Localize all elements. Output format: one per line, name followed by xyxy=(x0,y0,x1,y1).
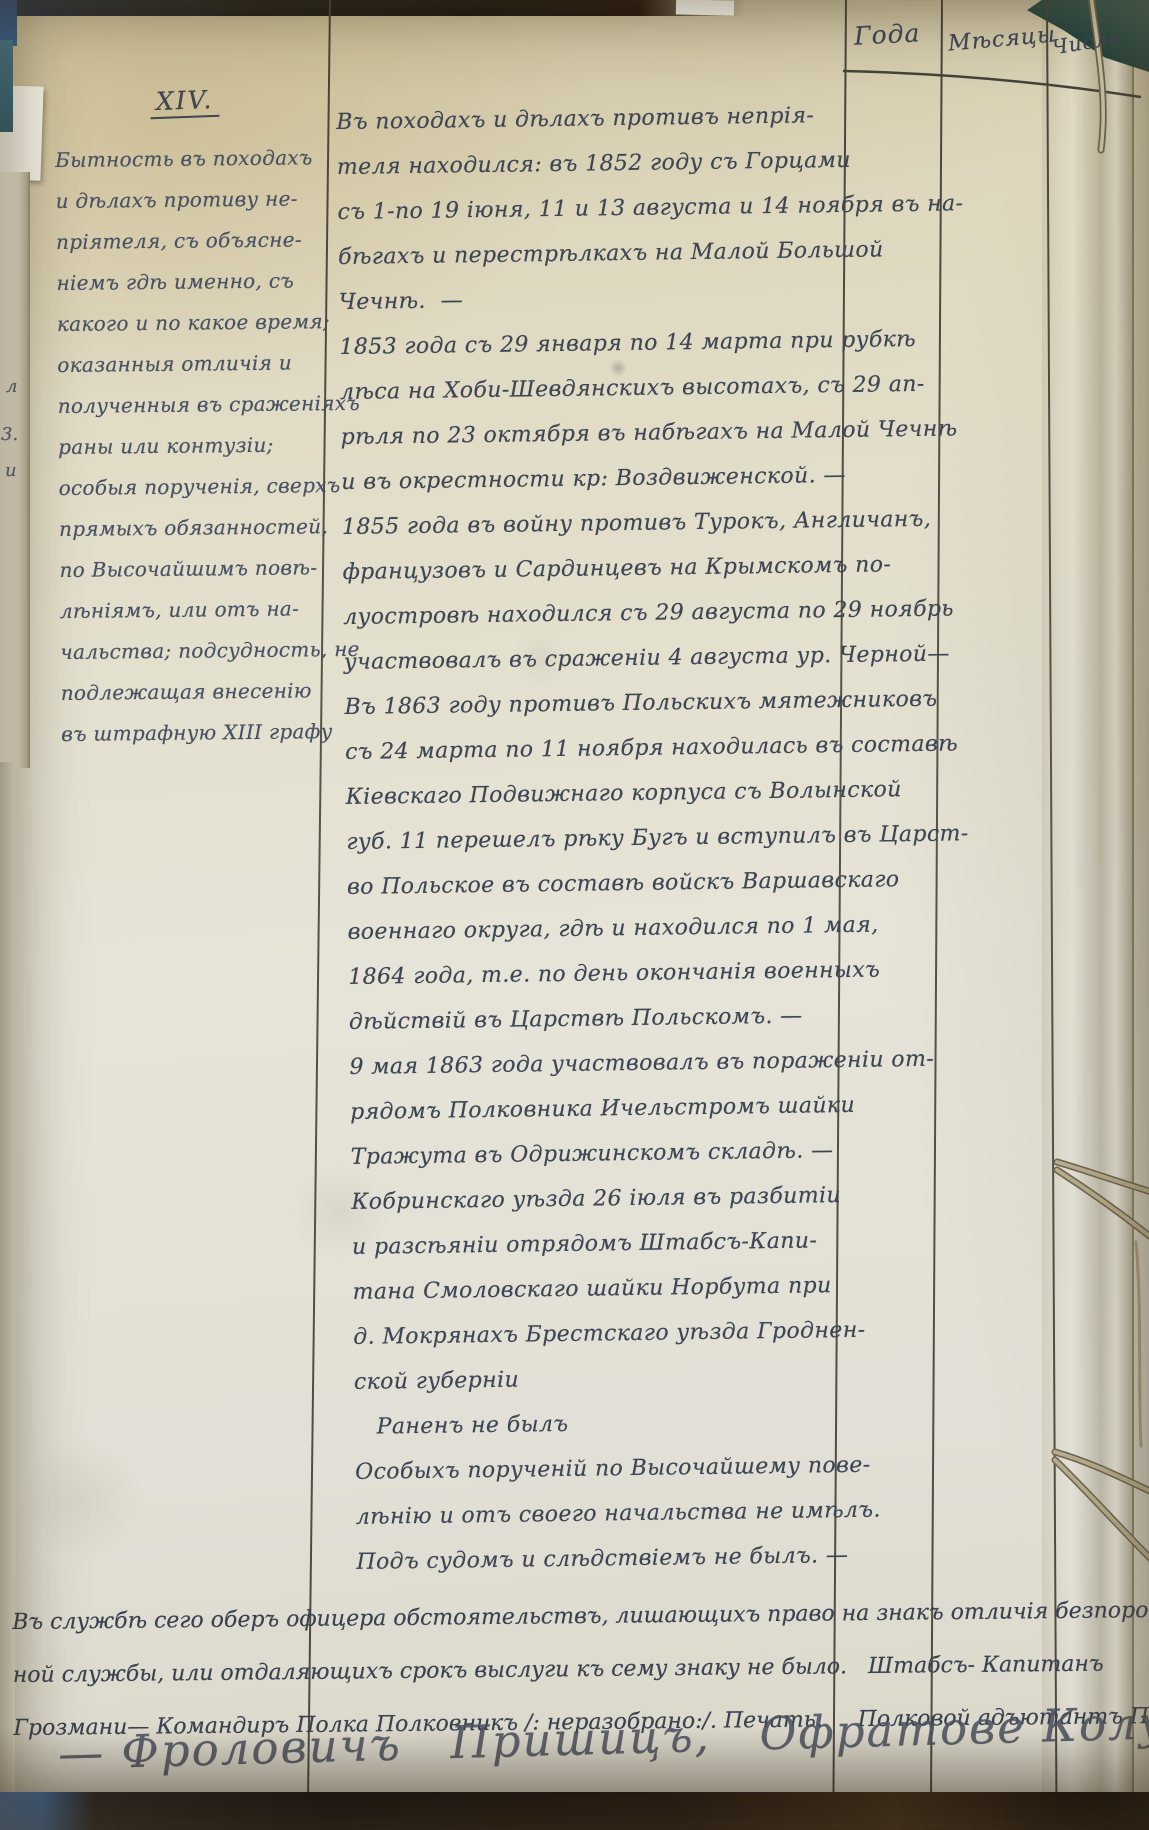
margin-mark: и xyxy=(5,460,17,481)
margin-mark: 3. xyxy=(1,424,18,445)
handwritten-line: 9 мая 1863 года участвовалъ въ пораженіи… xyxy=(349,1038,872,1090)
handwritten-line: луостровѣ находился съ 29 августа по 29 … xyxy=(343,588,866,640)
handwritten-line: оказанныя отличія и xyxy=(57,342,329,386)
question-column: Бытность въ походахъи дѣлахъ противу не-… xyxy=(55,137,333,755)
handwritten-line: и въ окрестности кр: Воздвиженской. — xyxy=(341,453,864,505)
handwritten-line: Кобринскаго уѣзда 26 іюля въ разбитіи xyxy=(351,1173,874,1225)
handwritten-line: 1864 года, т.е. по день окончанія военны… xyxy=(348,948,871,1000)
handwritten-line: во Польское въ составѣ войскъ Варшавскаг… xyxy=(347,858,870,910)
handwritten-line: теля находился: въ 1852 году съ Горцами xyxy=(337,138,860,190)
handwritten-line: бѣгахъ и перестрѣлкахъ на Малой Большой xyxy=(338,228,861,280)
handwritten-line: раны или контузіи; xyxy=(58,424,330,468)
bottom-shadow xyxy=(0,1726,1149,1792)
handwritten-line: французовъ и Сардинцевъ на Крымскомъ по- xyxy=(342,543,865,595)
handwritten-line: по Высочайшимъ повѣ- xyxy=(59,547,331,591)
handwritten-line: прямыхъ обязанностей, xyxy=(59,506,331,550)
handwritten-line: въ штрафную XIII графу xyxy=(61,711,333,755)
photo-background-top xyxy=(0,0,745,16)
handwritten-line: пріятеля, съ объясне- xyxy=(56,219,328,263)
handwritten-line: 1855 года въ войну противъ Турокъ, Англи… xyxy=(342,498,865,550)
handwritten-line: Въ 1863 году противъ Польскихъ мятежнико… xyxy=(344,678,867,730)
handwritten-line: Раненъ не былъ xyxy=(354,1398,877,1450)
margin-mark: л xyxy=(6,376,17,397)
handwritten-line: съ 24 марта по 11 ноября находилась въ с… xyxy=(345,723,868,775)
handwritten-line: 1853 года съ 29 января по 14 марта при р… xyxy=(339,318,862,370)
document-photo: Года Мѣсяцы Числа XIV. Бытность въ поход… xyxy=(0,0,1149,1830)
handwritten-line: военнаго округа, гдѣ и находился по 1 ма… xyxy=(347,903,870,955)
handwritten-line: какого и по какое время; xyxy=(57,301,329,345)
handwritten-line: и дѣлахъ противу не- xyxy=(55,178,327,222)
handwritten-line: Подъ судомъ и слѣдствіемъ не былъ. — xyxy=(356,1533,879,1585)
handwritten-line: рядомъ Полковника Ичельстромъ шайки xyxy=(350,1083,873,1135)
book-cover-edge xyxy=(0,40,13,132)
handwritten-line: полученныя въ сраженіяхъ xyxy=(58,383,330,427)
paper-corner-sliver xyxy=(676,0,734,16)
handwritten-line: и разсѣяніи отрядомъ Штабсъ-Капи- xyxy=(352,1218,875,1270)
handwritten-line: Кіевскаго Подвижнаго корпуса съ Волынско… xyxy=(345,768,868,820)
answer-column: Въ походахъ и дѣлахъ противъ непрія-теля… xyxy=(336,93,879,1585)
handwritten-line: лѣса на Хоби-Шевдянскихъ высотахъ, съ 29… xyxy=(340,363,863,415)
section-number: XIV. xyxy=(149,85,219,119)
handwritten-line: Тражута въ Одрижинскомъ складѣ. — xyxy=(350,1128,873,1180)
photo-background-bottom xyxy=(0,1792,1149,1830)
handwritten-line: Въ походахъ и дѣлахъ противъ непрія- xyxy=(336,93,859,145)
handwritten-line: Бытность въ походахъ xyxy=(55,137,327,181)
handwritten-line: особыя порученія, сверхъ xyxy=(58,465,330,509)
handwritten-line: ской губерніи xyxy=(354,1353,877,1405)
handwritten-line: губ. 11 перешелъ рѣку Бугъ и вступилъ въ… xyxy=(346,813,869,865)
handwritten-line: ніемъ гдѣ именно, съ xyxy=(56,260,328,304)
handwritten-line: лѣніямъ, или отъ на- xyxy=(60,588,332,632)
handwritten-line: чальства; подсудность, не xyxy=(60,629,332,673)
handwritten-line: Чечнѣ. — xyxy=(339,273,862,325)
handwritten-line: съ 1-по 19 іюня, 11 и 13 августа и 14 но… xyxy=(337,183,860,235)
column-header-year: Года xyxy=(853,18,921,50)
page-edge xyxy=(1132,0,1149,1796)
handwritten-line: д. Мокрянахъ Брестскаго уѣзда Гроднен- xyxy=(353,1308,876,1360)
handwritten-line: лѣнію и отъ своего начальства не имѣлъ. xyxy=(355,1488,878,1540)
handwritten-line: дѣйствій въ Царствѣ Польскомъ. — xyxy=(349,993,872,1045)
handwritten-line: участвовалъ въ сраженіи 4 августа ур. Че… xyxy=(344,633,867,685)
handwritten-line: тана Смоловскаго шайки Норбута при xyxy=(352,1263,875,1315)
handwritten-line: рѣля по 23 октября въ набѣгахъ на Малой … xyxy=(340,408,863,460)
handwritten-line: подлежащая внесенію xyxy=(61,670,333,714)
handwritten-line: Особыхъ порученій по Высочайшему пове- xyxy=(355,1443,878,1495)
